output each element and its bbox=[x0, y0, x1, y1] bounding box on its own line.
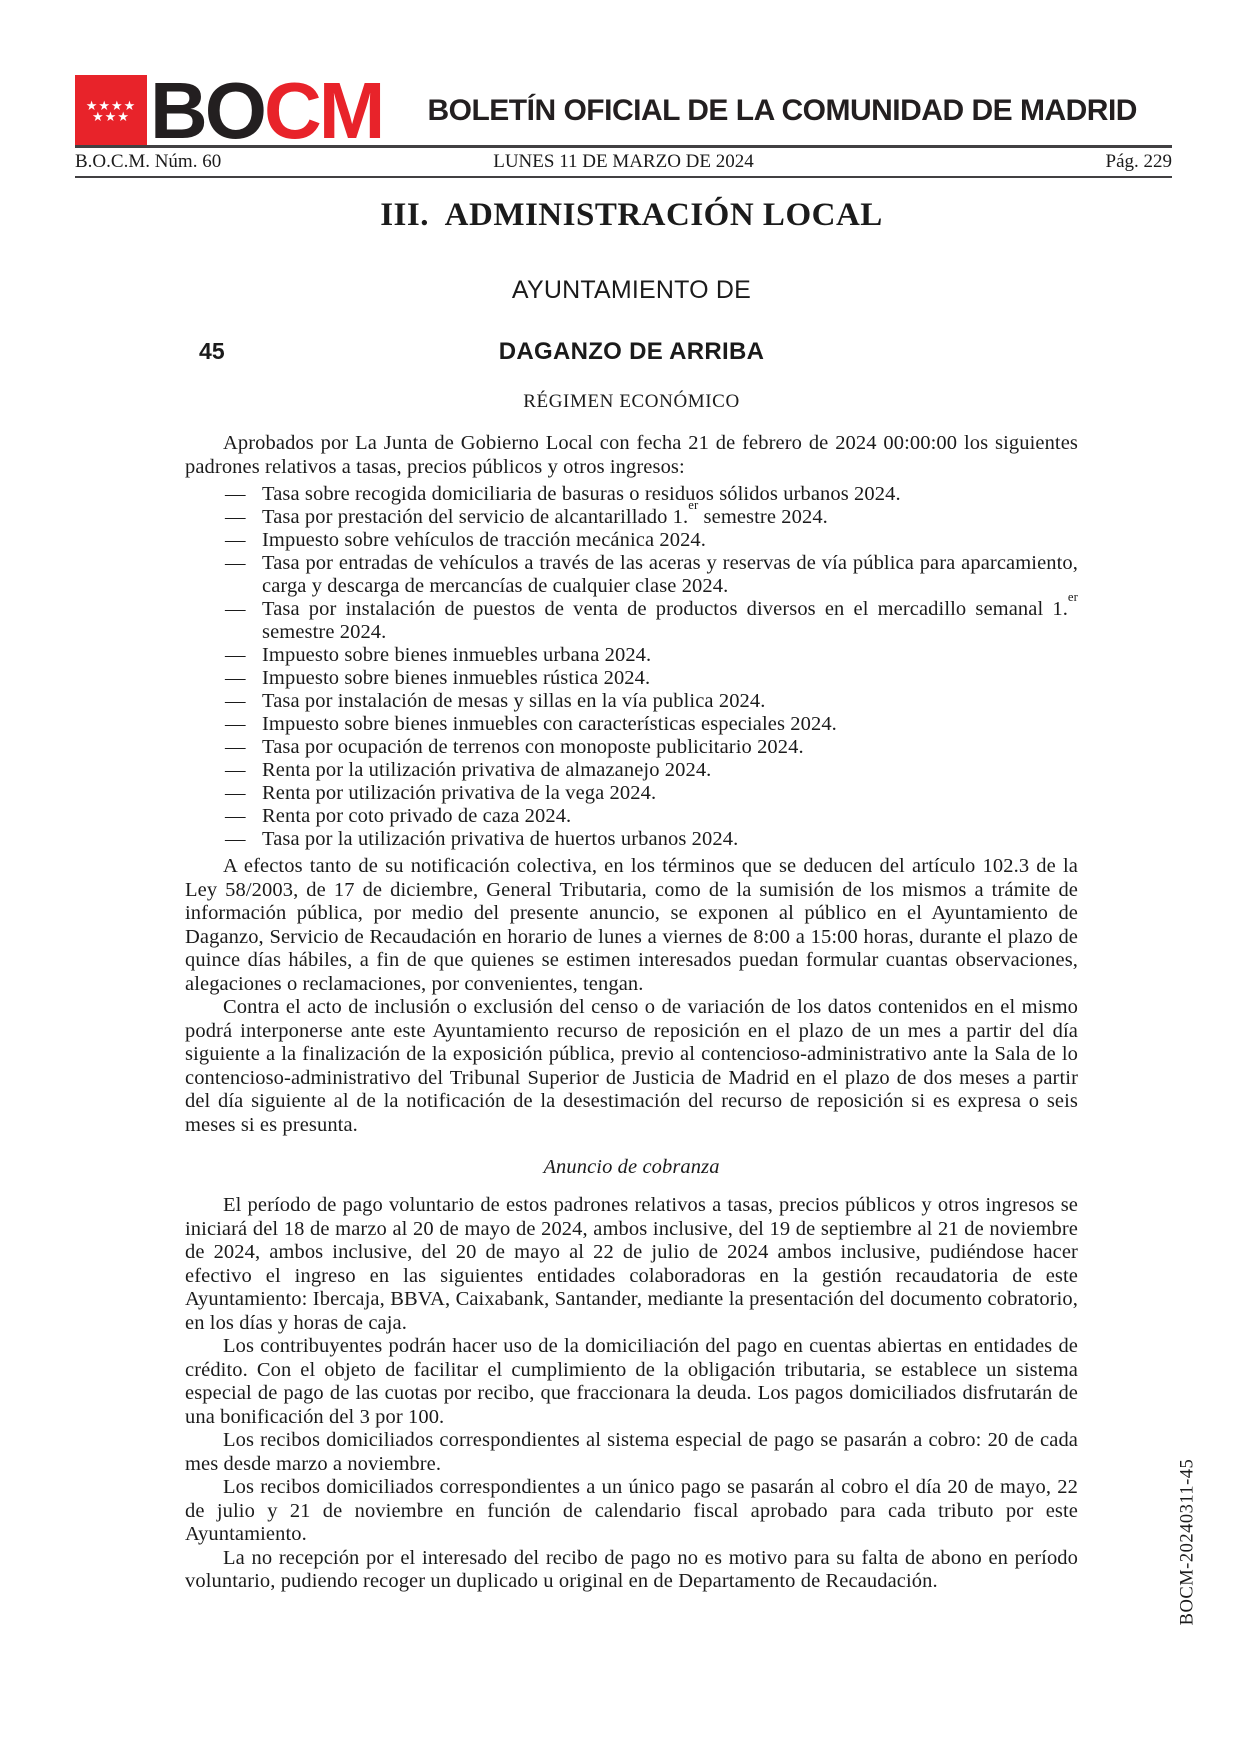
dash-marker: — bbox=[225, 644, 246, 667]
section-title: III. ADMINISTRACIÓN LOCAL bbox=[185, 197, 1078, 233]
dash-marker: — bbox=[225, 690, 246, 713]
dash-marker: — bbox=[225, 805, 246, 828]
cobranza-paragraph: Los contribuyentes podrán hacer uso de l… bbox=[185, 1335, 1078, 1429]
tax-list-item: —Impuesto sobre bienes inmuebles con car… bbox=[185, 713, 1078, 736]
document-body: III. ADMINISTRACIÓN LOCAL AYUNTAMIENTO D… bbox=[185, 0, 1078, 1594]
legal-paragraphs: A efectos tanto de su notificación colec… bbox=[185, 855, 1078, 1137]
dash-marker: — bbox=[225, 529, 246, 552]
tax-list: —Tasa sobre recogida domiciliaria de bas… bbox=[185, 483, 1078, 851]
regime-heading: RÉGIMEN ECONÓMICO bbox=[185, 392, 1078, 412]
dash-marker: — bbox=[225, 552, 246, 575]
cobranza-paragraphs: El período de pago voluntario de estos p… bbox=[185, 1194, 1078, 1594]
tax-list-item: —Tasa sobre recogida domiciliaria de bas… bbox=[185, 483, 1078, 506]
tax-list-item: —Tasa por ocupación de terrenos con mono… bbox=[185, 736, 1078, 759]
dash-marker: — bbox=[225, 736, 246, 759]
tax-list-item: —Impuesto sobre bienes inmuebles urbana … bbox=[185, 644, 1078, 667]
cobranza-paragraph: La no recepción por el interesado del re… bbox=[185, 1547, 1078, 1594]
dash-marker: — bbox=[225, 782, 246, 805]
document-id-vertical: BOCM-20240311-45 bbox=[1178, 1459, 1199, 1626]
dash-marker: — bbox=[225, 828, 246, 851]
tax-list-item: —Renta por la utilización privativa de a… bbox=[185, 759, 1078, 782]
legal-paragraph: Contra el acto de inclusión o exclusión … bbox=[185, 996, 1078, 1137]
cobranza-heading: Anuncio de cobranza bbox=[185, 1156, 1078, 1179]
tax-list-item: —Renta por coto privado de caza 2024. bbox=[185, 805, 1078, 828]
tax-list-item: —Tasa por instalación de puestos de vent… bbox=[185, 598, 1078, 644]
dash-marker: — bbox=[225, 483, 246, 506]
tax-list-item: —Impuesto sobre vehículos de tracción me… bbox=[185, 529, 1078, 552]
tax-list-item: —Tasa por entradas de vehículos a través… bbox=[185, 552, 1078, 598]
dash-marker: — bbox=[225, 506, 246, 529]
page: ★★★★ ★★★ BOCM BOLETÍN OFICIAL DE LA COMU… bbox=[0, 0, 1240, 1755]
dash-marker: — bbox=[225, 598, 246, 621]
cobranza-paragraph: Los recibos domiciliados correspondiente… bbox=[185, 1476, 1078, 1547]
cobranza-paragraph: El período de pago voluntario de estos p… bbox=[185, 1194, 1078, 1335]
municipality-title: DAGANZO DE ARRIBA bbox=[185, 339, 1078, 365]
announcement-number: 45 bbox=[199, 340, 225, 364]
tax-list-item: —Impuesto sobre bienes inmuebles rústica… bbox=[185, 667, 1078, 690]
dash-marker: — bbox=[225, 759, 246, 782]
dash-marker: — bbox=[225, 713, 246, 736]
subsection-title: AYUNTAMIENTO DE bbox=[185, 277, 1078, 303]
municipality-row: 45 DAGANZO DE ARRIBA bbox=[185, 339, 1078, 366]
tax-list-item: —Tasa por prestación del servicio de alc… bbox=[185, 506, 1078, 529]
flag-stars-bottom: ★★★ bbox=[92, 111, 130, 122]
madrid-flag-icon: ★★★★ ★★★ bbox=[75, 75, 147, 147]
page-number: Pág. 229 bbox=[1106, 151, 1173, 173]
tax-list-item: —Tasa por instalación de mesas y sillas … bbox=[185, 690, 1078, 713]
tax-list-item: —Tasa por la utilización privativa de hu… bbox=[185, 828, 1078, 851]
cobranza-paragraph: Los recibos domiciliados correspondiente… bbox=[185, 1429, 1078, 1476]
legal-paragraph: A efectos tanto de su notificación colec… bbox=[185, 855, 1078, 996]
dash-marker: — bbox=[225, 667, 246, 690]
tax-list-item: —Renta por utilización privativa de la v… bbox=[185, 782, 1078, 805]
intro-paragraph: Aprobados por La Junta de Gobierno Local… bbox=[185, 432, 1078, 479]
